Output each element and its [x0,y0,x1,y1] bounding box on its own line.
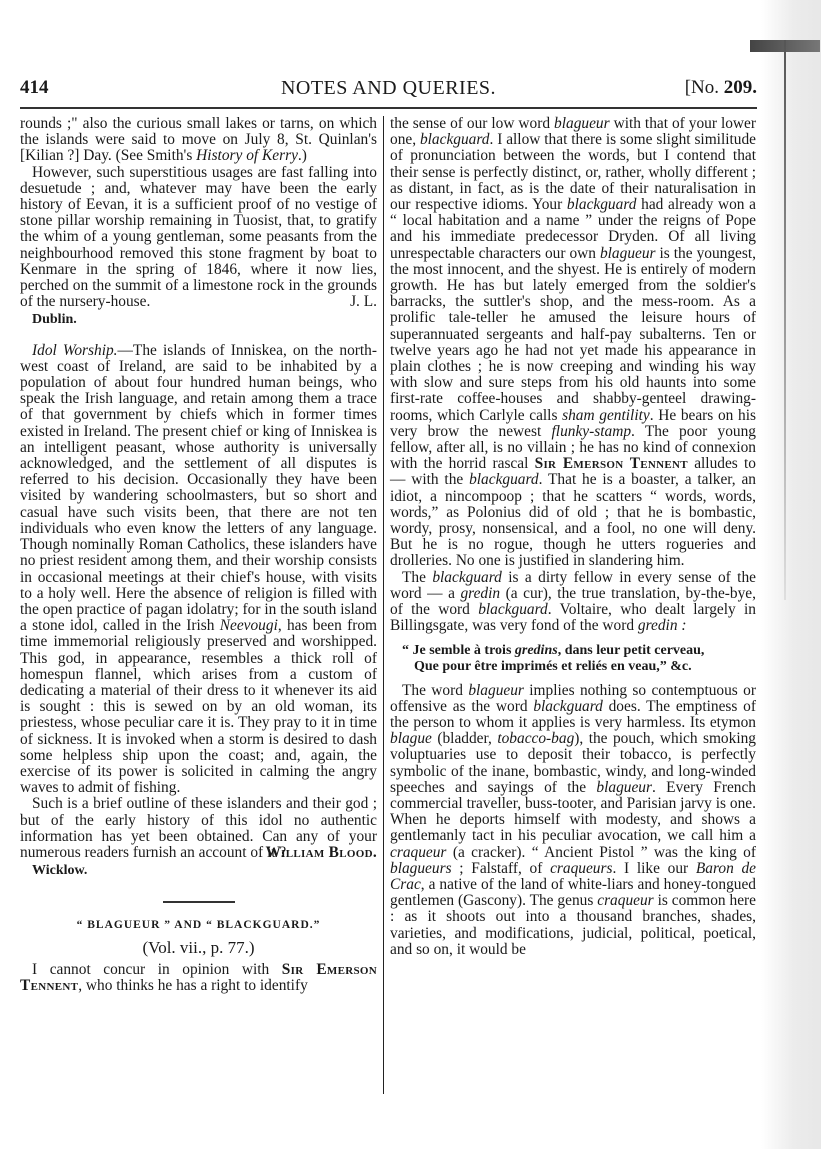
quote-line-1: “ Je semble à trois gredins, dans leur p… [402,643,756,659]
paragraph-cannot-concur: I cannot concur in opinion with Sir Emer… [20,962,377,994]
section-title: “ BLAGUEUR ” AND “ BLACKGUARD.” [20,917,377,933]
place-dublin: Dublin. [20,312,377,328]
paragraph-blagueur-sense: the sense of our low word blagueur with … [390,116,756,570]
page-edge-shadow [761,0,821,1149]
section-reference: (Vol. vii., p. 77.) [20,940,377,956]
place-wicklow: Wicklow. [20,863,377,879]
paragraph-superstitious-usages: However, such superstitious usages are f… [20,165,377,311]
paragraph-idol-worship: Idol Worship.—The islands of Inniskea, o… [20,343,377,797]
section-divider [163,901,235,903]
voltaire-quote: “ Je semble à trois gredins, dans leur p… [402,643,756,675]
page-edge-line [784,40,786,600]
running-header: 414 NOTES AND QUERIES. [No. 209. [20,77,757,101]
issue-number: [No. 209. [685,77,757,99]
header-rule [20,107,757,109]
quote-line-2: Que pour être imprimés et reliés en veau… [402,659,756,675]
spacer [20,329,377,343]
paragraph-blagueur-implies: The word blagueur implies nothing so con… [390,683,756,958]
paragraph-smith-history: rounds ;" also the curious small lakes o… [20,116,377,165]
page: 414 NOTES AND QUERIES. [No. 209. rounds … [0,0,821,1149]
column-divider [383,116,384,1094]
left-column: rounds ;" also the curious small lakes o… [20,116,377,994]
right-column: the sense of our low word blagueur with … [390,116,756,958]
paragraph-blackguard-dirty: The blackguard is a dirty fellow in ever… [390,570,756,635]
journal-title: NOTES AND QUERIES. [20,77,757,100]
